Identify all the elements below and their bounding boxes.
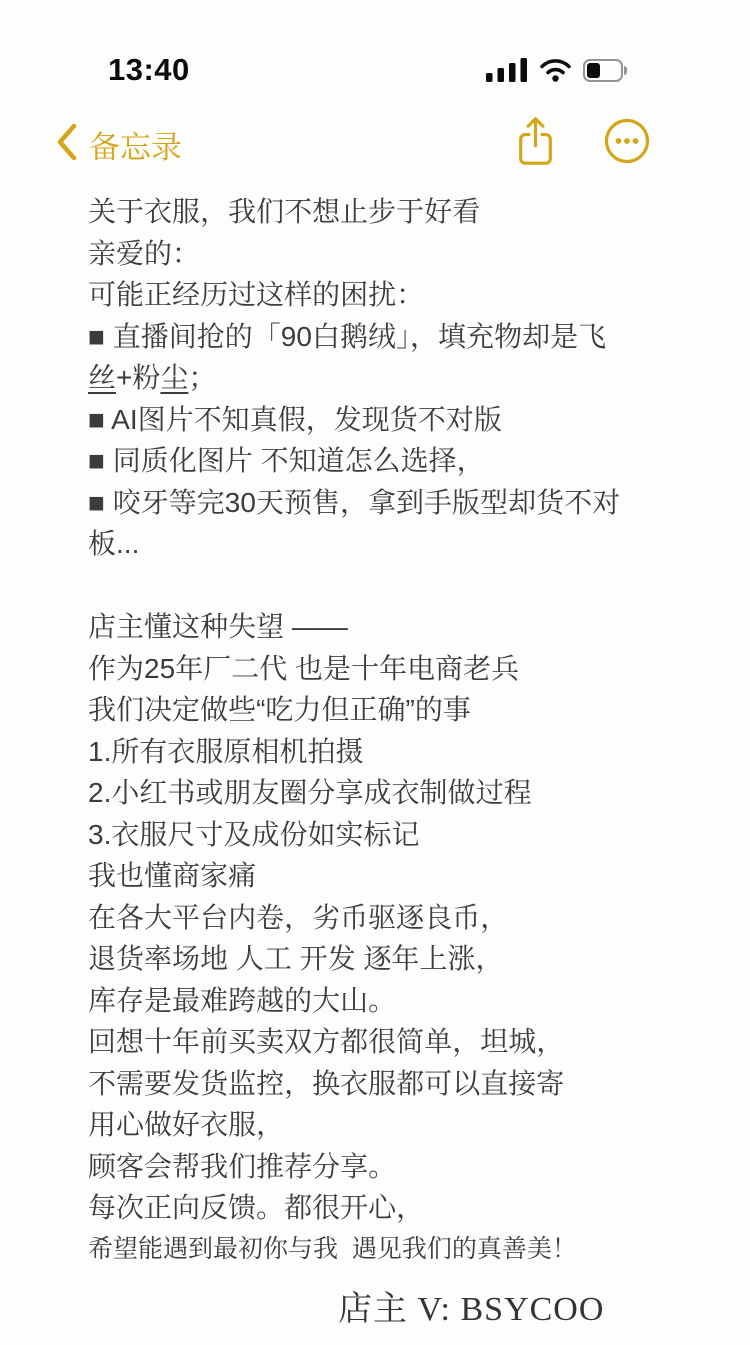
- note-line: 我们决定做些“吃力但正确”的事: [88, 689, 668, 731]
- battery-icon: [583, 59, 630, 82]
- note-line: ■ 咬牙等完30天预售，拿到手版型却货不对: [88, 482, 668, 524]
- note-line: 顾客会帮我们推荐分享。: [88, 1146, 668, 1188]
- back-button-label: 备忘录: [89, 122, 182, 167]
- note-line: 关于衣服，我们不想止步于好看: [88, 191, 668, 233]
- more-button[interactable]: [604, 118, 650, 167]
- note-line: 1.所有衣服原相机拍摄: [88, 731, 668, 773]
- wifi-icon: [539, 58, 572, 82]
- note-line: ■ AI图片不知真假，发现货不对版: [88, 399, 668, 441]
- note-line: 不需要发货监控，换衣服都可以直接寄: [88, 1063, 668, 1105]
- note-line: 亲爱的：: [88, 233, 668, 275]
- more-ellipsis-icon: [604, 152, 650, 167]
- status-bar: 13:40: [0, 0, 750, 100]
- note-line: 退货率场地 人工 开发 逐年上涨，: [88, 938, 668, 980]
- note-line: 可能正经历过这样的困扰：: [88, 274, 668, 316]
- nav-bar: 备忘录: [0, 112, 750, 182]
- note-line: [88, 565, 668, 607]
- share-button[interactable]: [515, 116, 556, 169]
- closing-line: 希望能遇到最初你与我 遇见我们的真善美！: [88, 1232, 688, 1266]
- status-icons: [486, 58, 630, 82]
- note-line: 在各大平台内卷，劣币驱逐良币，: [88, 897, 668, 939]
- note-line: 回想十年前买卖双方都很简单，坦城，: [88, 1021, 668, 1063]
- iphone-notes-screen: 13:40: [0, 0, 750, 1345]
- share-icon: [515, 154, 556, 169]
- note-line: 店主懂这种失望 ——: [88, 606, 668, 648]
- back-chevron-icon: [55, 122, 79, 167]
- note-line: ■ 直播间抢的「90白鹅绒」，填充物却是飞: [88, 316, 668, 358]
- nav-actions: [515, 116, 650, 169]
- note-line: 丝+粉尘；: [88, 357, 668, 399]
- note-body[interactable]: 关于衣服，我们不想止步于好看亲爱的：可能正经历过这样的困扰：■ 直播间抢的「90…: [88, 191, 668, 1229]
- cellular-signal-icon: [486, 58, 528, 82]
- signature-line: 店主 V: BSYCOO: [338, 1281, 604, 1330]
- note-line: 每次正向反馈。都很开心，: [88, 1187, 668, 1229]
- note-line: 我也懂商家痛: [88, 855, 668, 897]
- note-line: 用心做好衣服，: [88, 1104, 668, 1146]
- note-line: 作为25年厂二代 也是十年电商老兵: [88, 648, 668, 690]
- note-line: 2.小红书或朋友圈分享成衣制做过程: [88, 772, 668, 814]
- note-line: 3.衣服尺寸及成份如实标记: [88, 814, 668, 856]
- note-line: ■ 同质化图片 不知道怎么选择，: [88, 440, 668, 482]
- note-line: 板...: [88, 523, 668, 565]
- note-line: 库存是最难跨越的大山。: [88, 980, 668, 1022]
- back-button[interactable]: 备忘录: [55, 122, 182, 167]
- status-time: 13:40: [108, 52, 190, 88]
